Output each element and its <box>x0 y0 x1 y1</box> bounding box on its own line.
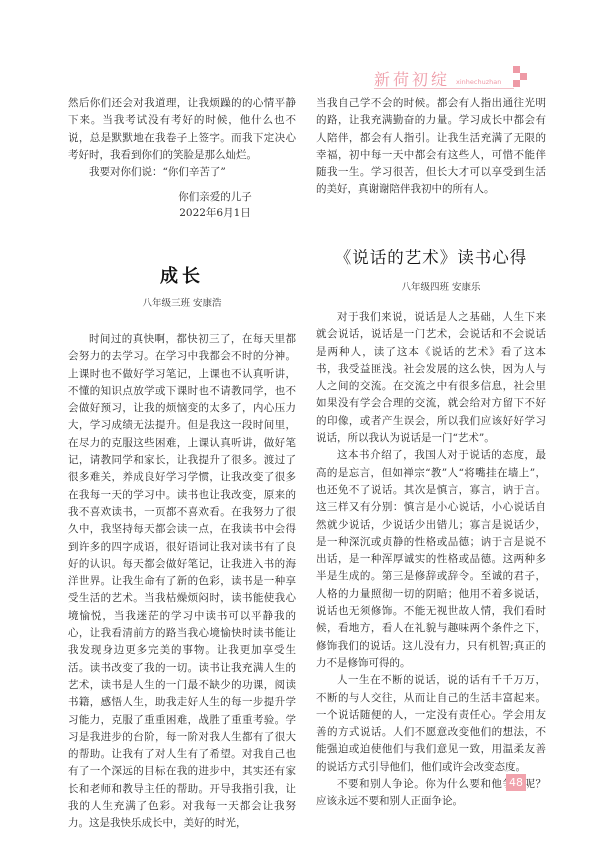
decorative-blocks-icon <box>510 64 534 88</box>
article-byline-growth: 八年级三班 安康浩 <box>68 295 296 309</box>
article-body-speech: 对于我们来说，说话是人之基础，人生下来就会说话，说话是一门艺术，会说话和不会说话… <box>316 309 546 811</box>
letter-paragraph: 然后你们还会对我道理，让我烦躁的的心情平静下来。当我考试没有考好的时候，他什么也… <box>68 95 296 164</box>
article-title-growth: 成长 <box>68 262 296 288</box>
header-divider <box>374 88 514 89</box>
letter-paragraph: 当我自己学不会的时候。都会有人指出通往光明的路，让我充满勤奋的力量。学习成长中都… <box>316 95 546 199</box>
magazine-section-header: 新荷初绽 xinhechuzhan <box>374 62 501 90</box>
article-paragraph: 人一生在不断的说话，说的话有千千万万，不断的与人交往，从而让自己的生活丰富起来。… <box>316 672 546 776</box>
article-paragraph: 时间过的真快啊，都快初三了，在每天里都会努力的去学习。在学习中我都会不时的分神。… <box>68 331 296 833</box>
section-title: 新荷初绽 <box>374 70 450 90</box>
letter-signature: 你们亲爱的儿子 <box>150 189 280 205</box>
article-paragraph: 这本书介绍了，我国人对于说话的态度，最高的是忘言，但如禅宗“教”人“将嘴挂在墙上… <box>316 447 546 672</box>
article-paragraph: 对于我们来说，说话是人之基础，人生下来就会说话，说话是一门艺术，会说话和不会说话… <box>316 309 546 447</box>
letter-date: 2022年6月1日 <box>150 205 280 221</box>
letter-signature-block: 你们亲爱的儿子 2022年6月1日 <box>150 189 280 221</box>
page-number: 48 <box>506 774 526 791</box>
letter-paragraph: 我要对你们说：“你们辛苦了” <box>68 164 296 181</box>
article-body-growth: 时间过的真快啊，都快初三了，在每天里都会努力的去学习。在学习中我都会不时的分神。… <box>68 331 296 833</box>
article-byline-speech: 八年级四班 安康乐 <box>316 279 546 293</box>
letter-end-right: 当我自己学不会的时候。都会有人指出通往光明的路，让我充满勤奋的力量。学习成长中都… <box>316 95 546 199</box>
letter-end-left: 然后你们还会对我道理，让我烦躁的的心情平静下来。当我考试没有考好的时候，他什么也… <box>68 95 296 181</box>
article-title-speech: 《说话的艺术》读书心得 <box>316 244 546 268</box>
